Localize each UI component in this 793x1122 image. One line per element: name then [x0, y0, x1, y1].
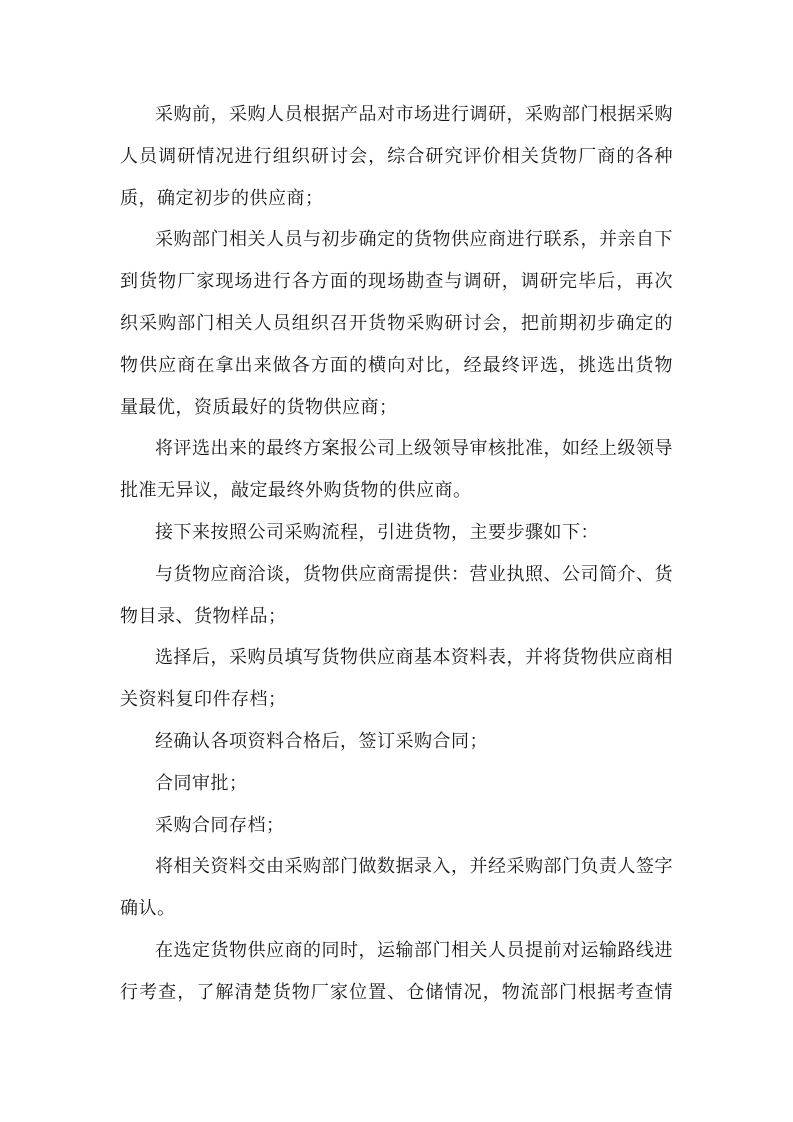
paragraph: 采购部门相关人员与初步确定的货物供应商进行联系，并亲自下到货物厂家现场进行各方面… — [120, 219, 673, 428]
paragraph: 与货物应商洽谈，货物供应商需提供：营业执照、公司简介、货物目录、货物样品； — [120, 554, 673, 638]
text-line: 选择后，采购员填写货物供应商基本资料表，并将货物供应商相 — [120, 637, 673, 679]
text-line: 将评选出来的最终方案报公司上级领导审核批准，如经上级领导 — [120, 428, 673, 470]
paragraph: 合同审批； — [120, 763, 673, 805]
document-page: 采购前，采购人员根据产品对市场进行调研，采购部门根据采购人员调研情况进行组织研讨… — [0, 0, 793, 1122]
text-line: 到货物厂家现场进行各方面的现场勘查与调研，调研完毕后，再次组 — [120, 261, 673, 303]
text-line: 采购合同存档； — [120, 805, 673, 847]
document-body: 采购前，采购人员根据产品对市场进行调研，采购部门根据采购人员调研情况进行组织研讨… — [120, 94, 673, 1014]
text-line: 与货物应商洽谈，货物供应商需提供：营业执照、公司简介、货 — [120, 554, 673, 596]
text-line: 人员调研情况进行组织研讨会，综合研究评价相关货物厂商的各种资 — [120, 136, 673, 178]
text-line: 采购部门相关人员与初步确定的货物供应商进行联系，并亲自下 — [120, 219, 673, 261]
text-line: 关资料复印件存档； — [120, 679, 673, 721]
text-line: 在选定货物供应商的同时，运输部门相关人员提前对运输路线进 — [120, 930, 673, 972]
paragraph: 采购合同存档； — [120, 805, 673, 847]
paragraph: 采购前，采购人员根据产品对市场进行调研，采购部门根据采购人员调研情况进行组织研讨… — [120, 94, 673, 219]
text-line: 行考查，了解清楚货物厂家位置、仓储情况，物流部门根据考查情况 — [120, 972, 673, 1014]
paragraph: 接下来按照公司采购流程，引进货物，主要步骤如下： — [120, 512, 673, 554]
text-line: 批准无异议，敲定最终外购货物的供应商。 — [120, 470, 673, 512]
text-line: 将相关资料交由采购部门做数据录入，并经采购部门负责人签字 — [120, 846, 673, 888]
text-line: 合同审批； — [120, 763, 673, 805]
text-line: 确认。 — [120, 888, 673, 930]
text-line: 接下来按照公司采购流程，引进货物，主要步骤如下： — [120, 512, 673, 554]
text-line: 物目录、货物样品； — [120, 596, 673, 638]
text-line: 采购前，采购人员根据产品对市场进行调研，采购部门根据采购 — [120, 94, 673, 136]
paragraph: 将相关资料交由采购部门做数据录入，并经采购部门负责人签字确认。 — [120, 846, 673, 930]
paragraph: 选择后，采购员填写货物供应商基本资料表，并将货物供应商相关资料复印件存档； — [120, 637, 673, 721]
text-line: 质，确定初步的供应商； — [120, 178, 673, 220]
text-line: 量最优，资质最好的货物供应商； — [120, 387, 673, 429]
text-line: 物供应商在拿出来做各方面的横向对比，经最终评选，挑选出货物质 — [120, 345, 673, 387]
paragraph: 在选定货物供应商的同时，运输部门相关人员提前对运输路线进行考查，了解清楚货物厂家… — [120, 930, 673, 1014]
text-line: 经确认各项资料合格后，签订采购合同； — [120, 721, 673, 763]
text-line: 织采购部门相关人员组织召开货物采购研讨会，把前期初步确定的货 — [120, 303, 673, 345]
paragraph: 经确认各项资料合格后，签订采购合同； — [120, 721, 673, 763]
paragraph: 将评选出来的最终方案报公司上级领导审核批准，如经上级领导批准无异议，敲定最终外购… — [120, 428, 673, 512]
